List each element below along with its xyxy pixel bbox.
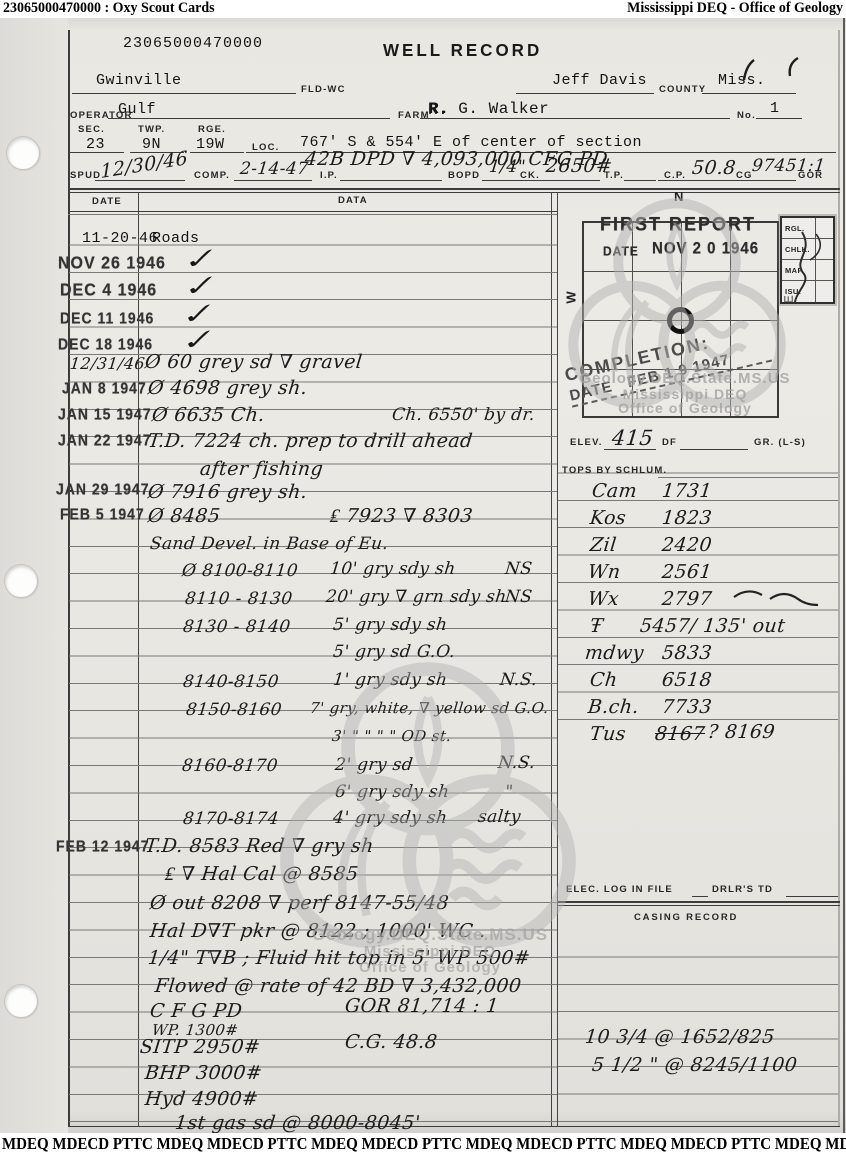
log-entry-mid: GOR 81,714 : 1	[344, 995, 500, 1017]
watermark-url: Geology.DEQ.State.MS.US	[560, 370, 810, 387]
log-entry: Ø 6635 Ch.	[151, 404, 266, 426]
comp-value: 2-14-47	[239, 159, 309, 179]
farm-name: R. G. Walker	[428, 100, 549, 118]
casing-row: 10 3/4 @ 1652/825	[584, 1026, 776, 1048]
log-show: NS	[504, 587, 533, 607]
log-entry: after fishing	[199, 458, 324, 480]
viewer-footer-text: MDEQ MDECD PTTC MDEQ MDECD PTTC MDEQ MDE…	[2, 1135, 844, 1155]
punch-hole	[6, 136, 40, 170]
watermark-office: Office of Geology	[280, 959, 580, 976]
api-number: 23065000470000	[123, 35, 263, 52]
drlrs-td-label: DRLR'S TD	[712, 884, 773, 895]
cp-value: 50.8	[691, 157, 737, 179]
log-entry: BHP 3000#	[144, 1062, 264, 1084]
elec-underline	[692, 896, 708, 897]
data-column-header: DATA	[338, 195, 368, 206]
top-depth: 1731	[661, 480, 713, 502]
log-description: 20' gry ∇ grn sdy sh	[325, 587, 508, 607]
log-date-stamp: DEC 18 1946	[58, 335, 153, 353]
well-no-label: No.	[737, 110, 756, 121]
top-name: Zil	[589, 534, 618, 556]
log-date-stamp: JAN 8 1947	[62, 379, 147, 397]
viewer-header: 23065000470000 : Oxy Scout Cards Mississ…	[0, 0, 846, 18]
comp-label: COMP.	[194, 170, 230, 181]
log-date-stamp: DEC 11 1946	[60, 309, 154, 327]
log-entry-mid: C.G. 48.8	[344, 1031, 439, 1053]
top-depth: 2797	[661, 588, 713, 610]
log-date: 12/31/46	[69, 354, 146, 373]
scanned-well-record-card: 23065000470000 WELL RECORD Gwinville FLD…	[0, 18, 846, 1133]
table-header-rule-a	[68, 211, 557, 212]
table-header-rule-b	[68, 214, 557, 215]
df-underline	[680, 449, 748, 450]
scout-card-viewer-page: 23065000470000 : Oxy Scout Cards Mississ…	[0, 0, 846, 1156]
operator-name: Gulf	[118, 101, 156, 118]
top-depth: 2420	[661, 534, 713, 556]
log-entry: T.D. 7224 ch. prep to drill ahead	[147, 430, 474, 452]
tops-header: TOPS BY SCHLUM.	[562, 465, 667, 476]
log-entry-note: Ch. 6550' by dr.	[391, 405, 536, 425]
ip-underline	[340, 180, 442, 181]
well-no-underline	[756, 118, 802, 119]
log-show: NS	[504, 559, 533, 579]
county-name: Jeff Davis	[552, 72, 647, 89]
log-entry: Ø 7916 grey sh.	[147, 481, 309, 503]
tops-header-underline	[658, 477, 838, 478]
top-name: Cam	[591, 480, 638, 502]
state-underline	[702, 93, 796, 94]
cp-underline	[658, 180, 796, 181]
log-date-stamp: DEC 4 1946	[60, 281, 157, 301]
comp-underline	[234, 180, 312, 181]
elev-label: ELEV.	[570, 437, 603, 448]
rge-underline	[190, 152, 244, 153]
farm-underline	[420, 118, 730, 119]
watermark-office: Office of Geology	[560, 400, 810, 416]
casing-rule-b	[558, 905, 840, 906]
top-depth: 1823	[661, 507, 713, 529]
top-depth: 2561	[661, 561, 713, 583]
well-no: 1	[770, 100, 780, 117]
sec-label: SEC.	[78, 124, 105, 135]
log-date-stamp: JAN 29 1947	[56, 480, 150, 498]
twp-value: 9N	[142, 136, 161, 153]
log-entry-mid: ₤ 7923 ∇ 8303	[329, 505, 474, 528]
top-depth: 5833	[661, 642, 713, 664]
pen-squiggle	[730, 583, 825, 615]
rge-value: 19W	[196, 136, 225, 153]
card-right-edge	[838, 30, 840, 1127]
top-depth: ? 8169	[707, 721, 776, 743]
log-description: 10' gry sdy sh	[329, 559, 457, 579]
date-column-header: DATE	[92, 196, 122, 207]
log-entry: Ø 8485	[147, 505, 222, 527]
tp-underline	[624, 180, 656, 181]
log-entry: Hyd 4900#	[144, 1088, 260, 1110]
sec-value: 23	[86, 136, 105, 153]
casing-record-header: CASING RECORD	[634, 912, 738, 923]
log-entry: C F G PD	[149, 1000, 244, 1022]
log-date-stamp: FEB 12 1947	[56, 837, 150, 855]
log-date-stamp: FEB 5 1947	[60, 505, 145, 523]
log-entry: SITP 2950#	[139, 1036, 262, 1058]
log-date-stamp: NOV 26 1946	[58, 254, 166, 274]
cg-gor-handwritten: 97451:1	[751, 156, 827, 176]
county-underline	[516, 93, 654, 94]
log-entry: 1st gas sd @ 8000-8045'	[174, 1112, 422, 1134]
log-description: 5' gry sdy sh	[332, 615, 449, 635]
field-name: Gwinville	[96, 72, 182, 89]
log-depth-range: 8110 - 8130	[184, 589, 294, 609]
log-date-stamp: JAN 22 1947	[58, 431, 152, 449]
log-entry: Ø 4698 grey sh.	[147, 377, 309, 399]
ck-underline	[482, 180, 600, 181]
top-depth: 5457/ 135' out	[639, 615, 787, 637]
log-entry: Sand Devel. in Base of Eu.	[149, 534, 389, 554]
top-depth: 7733	[661, 696, 713, 718]
casing-rule-a	[558, 901, 840, 903]
top-depth-struck: 8167	[654, 723, 706, 745]
punch-hole	[4, 984, 38, 1018]
top-depth: 6518	[661, 669, 713, 691]
top-name: Kos	[589, 507, 627, 529]
card-title: WELL RECORD	[383, 41, 542, 62]
viewer-title-left: 23065000470000 : Oxy Scout Cards	[3, 1, 215, 18]
viewer-footer: MDEQ MDECD PTTC MDEQ MDECD PTTC MDEQ MDE…	[0, 1133, 846, 1156]
spud-underline	[95, 180, 185, 181]
top-name: Wn	[587, 561, 622, 583]
tp-label: T.P.	[604, 170, 624, 181]
county-label: COUNTY	[659, 84, 706, 95]
operator-underline	[108, 118, 390, 119]
scan-right-edge	[843, 18, 845, 1133]
twp-label: TWP.	[138, 124, 165, 135]
watermark-agency: Mississippi DEQ	[280, 943, 580, 960]
top-name: Ŧ	[589, 615, 604, 637]
log-depth-range: 8130 - 8140	[182, 617, 292, 637]
df-label: DF	[662, 437, 677, 448]
log-date: 11-20-46	[82, 230, 158, 247]
watermark-url: Geology.DEQ.State.MS.US	[280, 925, 580, 945]
ip-label: I.P.	[320, 170, 338, 181]
top-name: Wx	[587, 588, 620, 610]
rge-label: RGE.	[198, 124, 226, 135]
casing-row: 5 1/2 " @ 8245/1100	[591, 1054, 799, 1076]
elev-underline	[604, 449, 656, 450]
field-underline	[72, 93, 296, 94]
bopd-label: BOPD	[448, 170, 480, 181]
log-entry: Ø 60 grey sd ∇ gravel	[144, 351, 364, 373]
farm-label: FARM	[398, 110, 430, 121]
log-date-stamp: JAN 15 1947	[58, 405, 152, 423]
viewer-title-right: Mississippi DEQ - Office of Geology	[627, 1, 843, 18]
punch-hole	[4, 564, 38, 598]
gr-label: GR. (L-S)	[754, 437, 806, 448]
sec-underline	[70, 152, 124, 153]
pen-ticks	[732, 54, 812, 88]
log-depth-range: Ø 8100-8110	[181, 561, 299, 581]
drlrs-underline	[786, 896, 838, 897]
log-entry: Roads	[152, 230, 200, 247]
field-label: FLD-WC	[301, 84, 346, 95]
